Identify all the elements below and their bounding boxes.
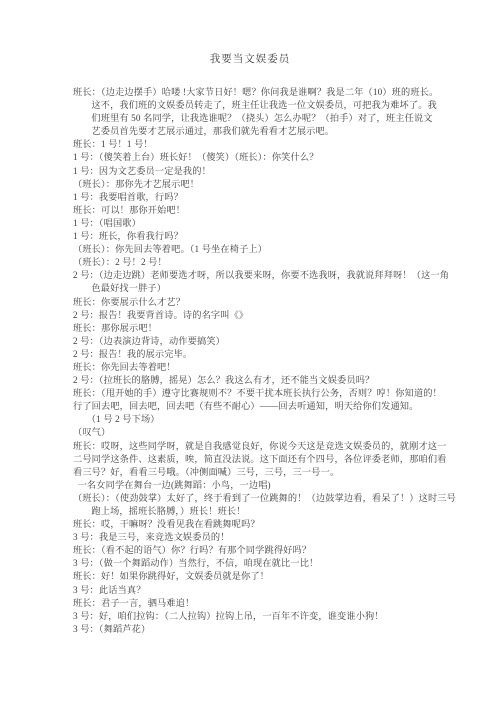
script-line: 2 号：（边走边跳）老师要选才呀，所以我要来呀，你要不选我呀，我就说拜拜呀！（这…	[73, 269, 435, 282]
script-line: 艺委员首先要才艺展示通过，那我们就先看看才艺展示吧。	[73, 125, 435, 138]
script-line: 班长：（看不起的语气）你？行吗？有那个同学跳得好吗？	[73, 544, 435, 557]
script-line: （1 号 2 号下场）	[73, 413, 435, 426]
script-line: 班长：哎，干嘛呀？没看见我在看跳舞呢吗？	[73, 518, 435, 531]
script-line: 们班里有 50 名同学，让我选谁呢？（挠头）怎么办呢？（拍手）对了，班主任说文	[73, 112, 435, 125]
page-title: 我要当文娱委员	[0, 51, 500, 66]
script-line: 2 号：报告！我要背首诗。诗的名字叫《》	[73, 309, 435, 322]
script-line: 1 号：（傻笑着上台）班长好！（傻笑）（班长）：你笑什么？	[73, 151, 435, 164]
script-line: 看三号？好，看看三号哦。（冲侧面喊）三号，三号，三一号一。	[73, 466, 435, 479]
script-line: 班长：那你展示吧！	[73, 322, 435, 335]
script-line: 3 号：好，咱们拉钩：（二人拉钩）拉钩上吊，一百年不许变，谁变谁小狗！	[73, 610, 435, 623]
script-line: （班长）：2 号！2 号！	[73, 256, 435, 269]
script-line: 2 号：报告！我的展示完毕。	[73, 348, 435, 361]
script-line: 班长：哎呀，这些同学呀，就是自我感觉良好，你说今天这是竞选文娱委员的，就刚才这一	[73, 440, 435, 453]
script-line: 班长：你要展示什么才艺？	[73, 296, 435, 309]
script-line: 一名女同学在舞台一边(跳舞蹈：小鸟，一边唱)	[73, 479, 435, 492]
script-line: 2 号：（拉班长的胳膊，摇晃）怎么？我这么有才，还不能当文娱委员吗？	[73, 374, 435, 387]
script-line: 色最好找一胖子）	[73, 282, 435, 295]
script-line: 3 号：我是三号，来竞选文娱委员的！	[73, 531, 435, 544]
script-line: 班长：（甩开她的手）遵守比赛规则不？不要干扰本班长执行公务，否则？哼！你知道的！	[73, 387, 435, 400]
script-line: 1 号：我要唱首歌，行吗？	[73, 191, 435, 204]
script-line: 二号同学这条件、这素质，唉，简直没法说。这下面还有个四号，各位评委老师，那咱们看	[73, 453, 435, 466]
script-line: 班长：1 号！1 号！	[73, 138, 435, 151]
script-line: （叹气）	[73, 426, 435, 439]
script-line: 1 号：因为文艺委员一定是我的！	[73, 165, 435, 178]
script-line: 班长：好！如果你跳得好，文娱委员就是你了！	[73, 570, 435, 583]
script-line: 班长：可以！那你开始吧！	[73, 204, 435, 217]
script-body: 班长：（边走边摆手）哈喽 !大家节日好！嗯？你问我是谁啊？我是二年（10）班的班…	[73, 86, 435, 636]
script-line: （班长）：你先回去等着吧。（1 号坐在椅子上）	[73, 243, 435, 256]
script-line: 3 号：（做一个舞蹈动作）当然行，不信，咱现在就比一比！	[73, 557, 435, 570]
document-page: 我要当文娱委员 班长：（边走边摆手）哈喽 !大家节日好！嗯？你问我是谁啊？我是二…	[0, 0, 500, 707]
script-line: 3 号：此话当真？	[73, 584, 435, 597]
script-line: 1 号：班长，你看我行吗？	[73, 230, 435, 243]
script-line: 班长：（边走边摆手）哈喽 !大家节日好！嗯？你问我是谁啊？我是二年（10）班的班…	[73, 86, 435, 99]
script-line: 行了回去吧，回去吧，回去吧（有些不耐心）——回去听通知，明天给你们发通知。	[73, 400, 435, 413]
script-line: （班长）：那你先才艺展示吧！	[73, 178, 435, 191]
script-line: 这不，我们班的文娱委员转走了，班主任让我选一位文娱委员，可把我为难坏了。我	[73, 99, 435, 112]
script-line: 跑上场，摇班长胳膊，）班长！班长！	[73, 505, 435, 518]
script-line: 1 号：（唱国歌）	[73, 217, 435, 230]
script-line: 2 号：（边表演边背诗，动作要搞笑）	[73, 335, 435, 348]
script-line: 班长：君子一言，驷马难追！	[73, 597, 435, 610]
script-line: 班长：你先回去等着吧！	[73, 361, 435, 374]
script-line: （班长）：（使劲鼓掌）太好了，终于看到了一位跳舞的！（边鼓掌边看，看呆了！）这时…	[73, 492, 435, 505]
script-line: 3 号：（舞蹈芦花）	[73, 623, 435, 636]
